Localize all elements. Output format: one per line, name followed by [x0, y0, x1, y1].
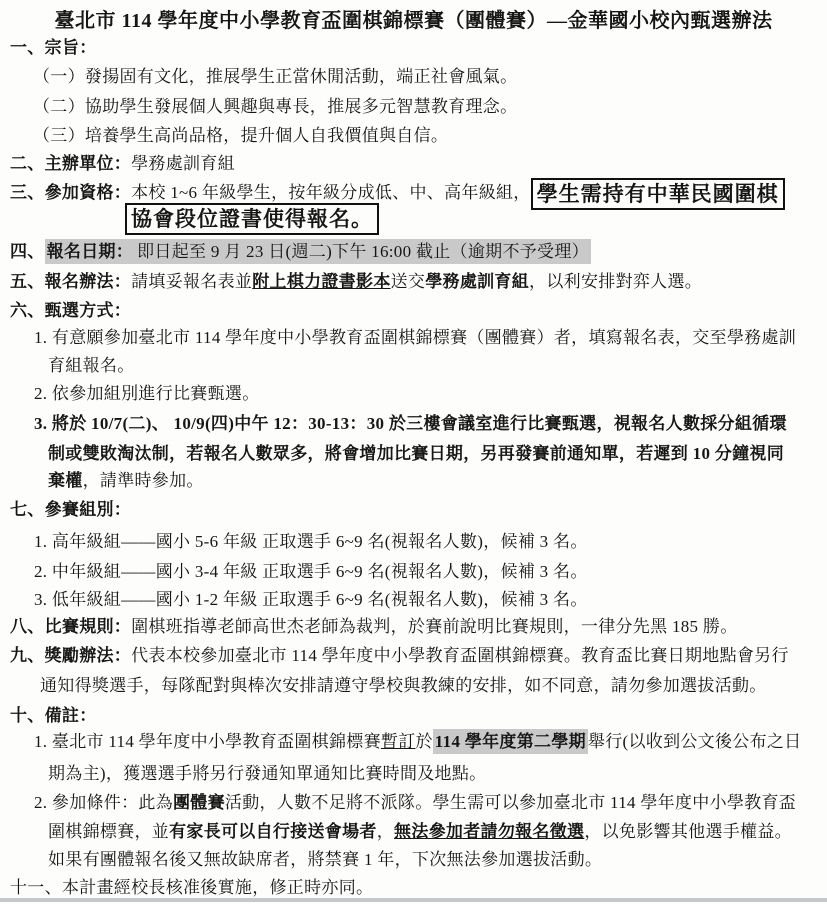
- document-title: 臺北市 114 學年度中小學教育盃圍棋錦標賽（團體賽）—金華國小校內甄選辦法: [0, 6, 827, 36]
- semester-highlight: 114 學年度第二學期: [433, 729, 588, 754]
- text-run: 舉行(以收到公文後公布之日: [588, 732, 802, 751]
- text-run: 育組報名。: [48, 356, 135, 375]
- section-8-rules: 八、比賽規則：圍棋班指導老師高世杰老師為裁判，於賽前說明比賽規則，一律分先黑 1…: [10, 613, 738, 641]
- section-10-heading: 十、備註：: [10, 702, 97, 730]
- section-9-awards-b: 通知得獎選手，每隊配對與棒次安排請遵守學校與教練的安排，如不同意，請勿參加選拔活…: [40, 672, 767, 700]
- text-run: 二、主辦單位：: [10, 154, 131, 173]
- text-run: 一、宗旨：: [10, 38, 97, 57]
- remark-item-1a: 1. 臺北市 114 學年度中小學教育盃圍棋錦標賽暫訂於114 學年度第二學期舉…: [34, 728, 801, 756]
- text-run: 學務處訓育組: [425, 272, 529, 291]
- text-run: 通知得獎選手，每隊配對與棒次安排請遵守學校與教練的安排，如不同意，請勿參加選拔活…: [40, 676, 767, 695]
- text-run: 2. 中年級組——國小 3-4 年級 正取選手 6~9 名(視報名人數)，候補 …: [34, 562, 588, 581]
- text-run: 棄權: [48, 471, 83, 490]
- text-run: 本校 1~6 年級學生，按年級分成低、中、高年級組，: [131, 183, 531, 202]
- boxed-emphasis-line-1: 學生需持有中華民國圍棋: [531, 178, 785, 210]
- scan-edge-artifact: [0, 898, 827, 902]
- text-run: （三）培養學生高尚品格，提升個人自我價值與自信。: [33, 126, 448, 145]
- text-run: 六、甄選方式：: [10, 301, 131, 320]
- text-run: 1. 有意願參加臺北市 114 學年度中小學教育盃圍棋錦標賽（團體賽）者，填寫報…: [34, 328, 796, 347]
- text-run: 3. 低年級組——國小 1-2 年級 正取選手 6~9 名(視報名人數)，候補 …: [34, 590, 588, 609]
- text-run: 代表本校參加臺北市 114 學年度中小學教育盃圍棋錦標賽。教育盃比賽日期地點會另…: [131, 646, 789, 665]
- text-run: 十一、本計畫經校長核准後實施，修正時亦同。: [10, 878, 373, 897]
- text-run: 圍棋錦標賽，並: [48, 822, 169, 841]
- selection-item-1b: 育組報名。: [48, 352, 135, 380]
- text-run: 2. 參加條件：此為: [34, 793, 173, 812]
- section-2-organizer: 二、主辦單位：學務處訓育組: [10, 150, 235, 178]
- group-item-3: 3. 低年級組——國小 1-2 年級 正取選手 6~9 名(視報名人數)，候補 …: [34, 586, 588, 614]
- remark-item-2a: 2. 參加條件：此為團體賽活動，人數不足將不派隊。學生需可以參加臺北市 114 …: [34, 789, 796, 817]
- section-1-heading: 一、宗旨：: [10, 34, 97, 62]
- text-run: 附上棋力證書影本: [252, 272, 390, 291]
- remark-item-2b: 圍棋錦標賽，並有家長可以自行接送會場者，無法參加者請勿報名徵選，以免影響其他選手…: [48, 818, 792, 846]
- text-run: 1. 高年級組——國小 5-6 年級 正取選手 6~9 名(視報名人數)，候補 …: [34, 532, 588, 551]
- section-5-registration: 五、報名辦法：請填妥報名表並附上棋力證書影本送交學務處訓育組，以利安排對弈人選。: [10, 268, 702, 296]
- text-run: 團體賽: [173, 793, 225, 812]
- boxed-emphasis-line-2: 協會段位證書使得報名。: [125, 203, 379, 235]
- scanned-document-page: 臺北市 114 學年度中小學教育盃圍棋錦標賽（團體賽）—金華國小校內甄選辦法 一…: [0, 0, 827, 904]
- section-7-heading: 七、參賽組別：: [10, 496, 131, 524]
- purpose-item-3: （三）培養學生高尚品格，提升個人自我價值與自信。: [33, 122, 448, 150]
- text-run: ，: [377, 822, 394, 841]
- deadline-highlight: 即日起至 9 月 23 日(週二)下午 16:00 截止（逾期不予受理）: [135, 239, 591, 264]
- text-run: 七、參賽組別：: [10, 500, 131, 519]
- text-run: 無法參加者請勿報名徵選: [394, 822, 584, 841]
- selection-item-3b: 制或雙敗淘汰制，若報名人數眾多，將會增加比賽日期，另再發賽前通知單，若遲到 10…: [48, 440, 784, 468]
- text-run: 於: [415, 732, 432, 751]
- section-4-deadline: 四、報名日期：即日起至 9 月 23 日(週二)下午 16:00 截止（逾期不予…: [10, 238, 591, 266]
- remark-item-1b: 期為主)，獲選選手將另行發通知單通知比賽時間及地點。: [48, 760, 486, 788]
- selection-item-3a: 3. 將於 10/7(二)、 10/9(四)中午 12：30-13：30 於三樓…: [34, 410, 787, 438]
- text-run: （一）發揚固有文化，推展學生正當休閒活動，端正社會風氣。: [33, 67, 517, 86]
- group-item-2: 2. 中年級組——國小 3-4 年級 正取選手 6~9 名(視報名人數)，候補 …: [34, 558, 588, 586]
- section-9-awards-a: 九、獎勵辦法：代表本校參加臺北市 114 學年度中小學教育盃圍棋錦標賽。教育盃比…: [10, 642, 789, 670]
- text-run: 請填妥報名表並: [131, 272, 252, 291]
- selection-item-2: 2. 依參加組別進行比賽甄選。: [34, 380, 260, 408]
- text-run: 3. 將於 10/7(二)、 10/9(四)中午 12：30-13：30 於三樓…: [34, 414, 787, 433]
- boxed-emphasis-row: 協會段位證書使得報名。: [125, 203, 379, 235]
- text-run: 1. 臺北市 114 學年度中小學教育盃圍棋錦標賽: [34, 732, 381, 751]
- text-run: 期為主)，獲選選手將另行發通知單通知比賽時間及地點。: [48, 764, 486, 783]
- text-run: 制或雙敗淘汰制，若報名人數眾多，將會增加比賽日期，另再發賽前通知單，若遲到 10…: [48, 444, 784, 463]
- text-run: 報名日期：: [45, 239, 136, 264]
- text-run: 活動，人數不足將不派隊。學生需可以參加臺北市 114 學年度中小學教育盃: [225, 793, 796, 812]
- text-run: 五、報名辦法：: [10, 272, 131, 291]
- text-run: （二）協助學生發展個人興趣與專長，推展多元智慧教育理念。: [33, 97, 517, 116]
- text-run: 2. 依參加組別進行比賽甄選。: [34, 384, 260, 403]
- text-run: 三、參加資格：: [10, 183, 131, 202]
- remark-item-2c: 如果有團體報名後又無故缺席者，將禁賽 1 年，下次無法參加選拔活動。: [48, 846, 602, 874]
- text-run: 八、比賽規則：: [10, 617, 131, 636]
- text-run: 四、: [10, 242, 45, 261]
- text-run: 送交: [391, 272, 426, 291]
- text-run: 圍棋班指導老師高世杰老師為裁判，於賽前說明比賽規則，一律分先黑 185 勝。: [131, 617, 737, 636]
- text-run: 九、獎勵辦法：: [10, 646, 131, 665]
- text-run: ，請準時參加。: [83, 471, 204, 490]
- selection-item-3c: 棄權，請準時參加。: [48, 467, 204, 495]
- group-item-1: 1. 高年級組——國小 5-6 年級 正取選手 6~9 名(視報名人數)，候補 …: [34, 528, 588, 556]
- selection-item-1a: 1. 有意願參加臺北市 114 學年度中小學教育盃圍棋錦標賽（團體賽）者，填寫報…: [34, 324, 796, 352]
- text-run: ，以免影響其他選手權益。: [584, 822, 792, 841]
- text-run: 如果有團體報名後又無故缺席者，將禁賽 1 年，下次無法參加選拔活動。: [48, 850, 602, 869]
- purpose-item-2: （二）協助學生發展個人興趣與專長，推展多元智慧教育理念。: [33, 93, 517, 121]
- text-run: ，以利安排對弈人選。: [529, 272, 702, 291]
- text-run: 學務處訓育組: [131, 154, 235, 173]
- text-run: 暫訂: [381, 732, 416, 751]
- purpose-item-1: （一）發揚固有文化，推展學生正當休閒活動，端正社會風氣。: [33, 63, 517, 91]
- text-run: 十、備註：: [10, 706, 97, 725]
- section-6-heading: 六、甄選方式：: [10, 297, 131, 325]
- text-run: 有家長可以自行接送會場者: [169, 822, 377, 841]
